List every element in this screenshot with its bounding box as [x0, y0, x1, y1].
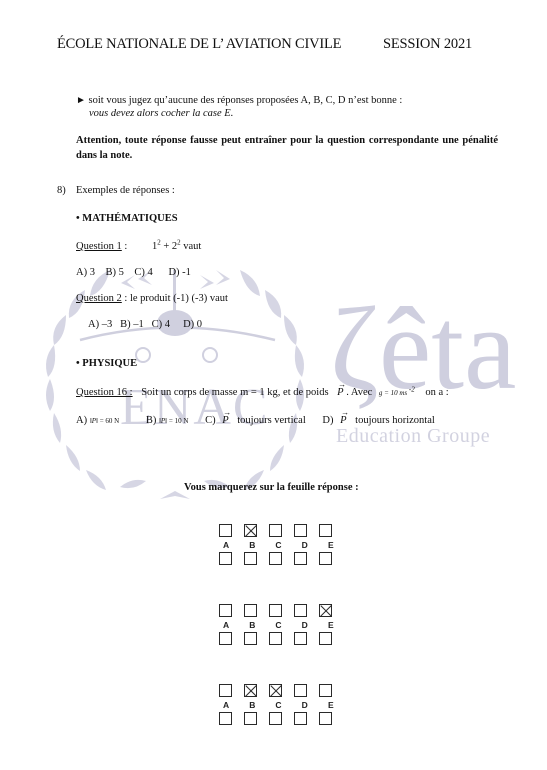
checkbox-c-second-row[interactable] [269, 712, 282, 725]
checkbox-e-checked[interactable] [319, 604, 332, 617]
checkbox-b-second-row[interactable] [244, 712, 257, 725]
question-2-answers: A) –3 B) –1 C) 4 D) 0 [88, 319, 202, 330]
attention-warning: Attention, toute réponse fausse peut ent… [76, 133, 498, 163]
checkbox-a[interactable] [219, 524, 232, 537]
checkbox-a-second-row[interactable] [219, 712, 232, 725]
choice-letter-b: B [245, 620, 259, 630]
instruction-line-e: ► soit vous jugez qu’aucune des réponses… [76, 95, 402, 106]
checkbox-a[interactable] [219, 684, 232, 697]
checkbox-d-second-row[interactable] [294, 552, 307, 565]
checkbox-d[interactable] [294, 684, 307, 697]
question-16: Question 16 : Soit un corps de masse m =… [76, 387, 449, 398]
section-title: Exemples de réponses : [76, 185, 175, 196]
question-1: Question 1 : 12 + 22 vaut [76, 241, 201, 252]
checkbox-b-second-row[interactable] [244, 632, 257, 645]
choice-letter-a: A [219, 620, 233, 630]
question-2: Question 2 : le produit (-1) (-3) vaut [76, 293, 228, 304]
answer-sheet-title: Vous marquerez sur la feuille réponse : [184, 482, 359, 493]
education-groupe-watermark: Education Groupe [336, 425, 490, 448]
checkbox-a-second-row[interactable] [219, 632, 232, 645]
choice-letter-e: E [324, 700, 338, 710]
math-heading: • MATHÉMATIQUES [76, 213, 178, 224]
checkbox-c[interactable] [269, 604, 282, 617]
choice-letter-d: D [298, 540, 312, 550]
checkbox-e[interactable] [319, 524, 332, 537]
checkbox-a-second-row[interactable] [219, 552, 232, 565]
checkbox-d[interactable] [294, 524, 307, 537]
choice-letter-a: A [219, 700, 233, 710]
question-1-label: Question 1 [76, 241, 122, 252]
checkbox-c-second-row[interactable] [269, 552, 282, 565]
vector-p-d: →P [340, 415, 346, 426]
choice-letter-e: E [324, 620, 338, 630]
choice-letter-e: E [324, 540, 338, 550]
physics-heading: • PHYSIQUE [76, 358, 137, 369]
section-number: 8) [57, 185, 66, 196]
answer-grid-1: ABCDE [219, 524, 338, 565]
answer-b-norm: ‖P‖ = 10 N [159, 417, 188, 425]
choice-letter-c: C [271, 540, 285, 550]
choice-letter-d: D [298, 620, 312, 630]
checkbox-d[interactable] [294, 604, 307, 617]
checkbox-c-checked[interactable] [269, 684, 282, 697]
checkbox-a[interactable] [219, 604, 232, 617]
choice-letter-c: C [271, 620, 285, 630]
answer-grid-2: ABCDE [219, 604, 338, 645]
checkbox-c[interactable] [269, 524, 282, 537]
checkbox-d-second-row[interactable] [294, 632, 307, 645]
checkbox-e-second-row[interactable] [319, 552, 332, 565]
checkbox-b[interactable] [244, 604, 257, 617]
checkbox-b-second-row[interactable] [244, 552, 257, 565]
checkbox-b-checked[interactable] [244, 684, 257, 697]
choice-letter-c: C [271, 700, 285, 710]
answer-grid-3: ABCDE [219, 684, 338, 725]
answer-a-norm: ‖P‖ = 60 N [90, 417, 119, 425]
choice-letter-a: A [219, 540, 233, 550]
checkbox-d-second-row[interactable] [294, 712, 307, 725]
vector-p: →P [337, 387, 343, 398]
checkbox-e-second-row[interactable] [319, 712, 332, 725]
checkbox-e-second-row[interactable] [319, 632, 332, 645]
school-name-header: ÉCOLE NATIONALE DE L’ AVIATION CIVILE [57, 36, 341, 53]
question-16-label: Question 16 : [76, 387, 133, 398]
checkbox-c-second-row[interactable] [269, 632, 282, 645]
session-header: SESSION 2021 [383, 36, 472, 53]
right-pointer-icon: ► [76, 95, 86, 106]
choice-letter-d: D [298, 700, 312, 710]
choice-letter-b: B [245, 540, 259, 550]
choice-letter-b: B [245, 700, 259, 710]
question-1-expression: 12 + 22 vaut [152, 241, 201, 252]
question-1-answers: A) 3 B) 5 C) 4 D) -1 [76, 267, 191, 278]
question-2-label: Question 2 [76, 293, 122, 304]
instruction-italic: vous devez alors cocher la case E. [89, 108, 233, 119]
g-expression: g = 10 ms -2 [379, 389, 415, 397]
vector-p-c: →P [222, 415, 228, 426]
checkbox-e[interactable] [319, 684, 332, 697]
instruction-text: soit vous jugez qu’aucune des réponses p… [89, 95, 403, 106]
question-16-answers: A) ‖P‖ = 60 N B) ‖P‖ = 10 N C) →P toujou… [76, 415, 435, 426]
checkbox-b-checked[interactable] [244, 524, 257, 537]
